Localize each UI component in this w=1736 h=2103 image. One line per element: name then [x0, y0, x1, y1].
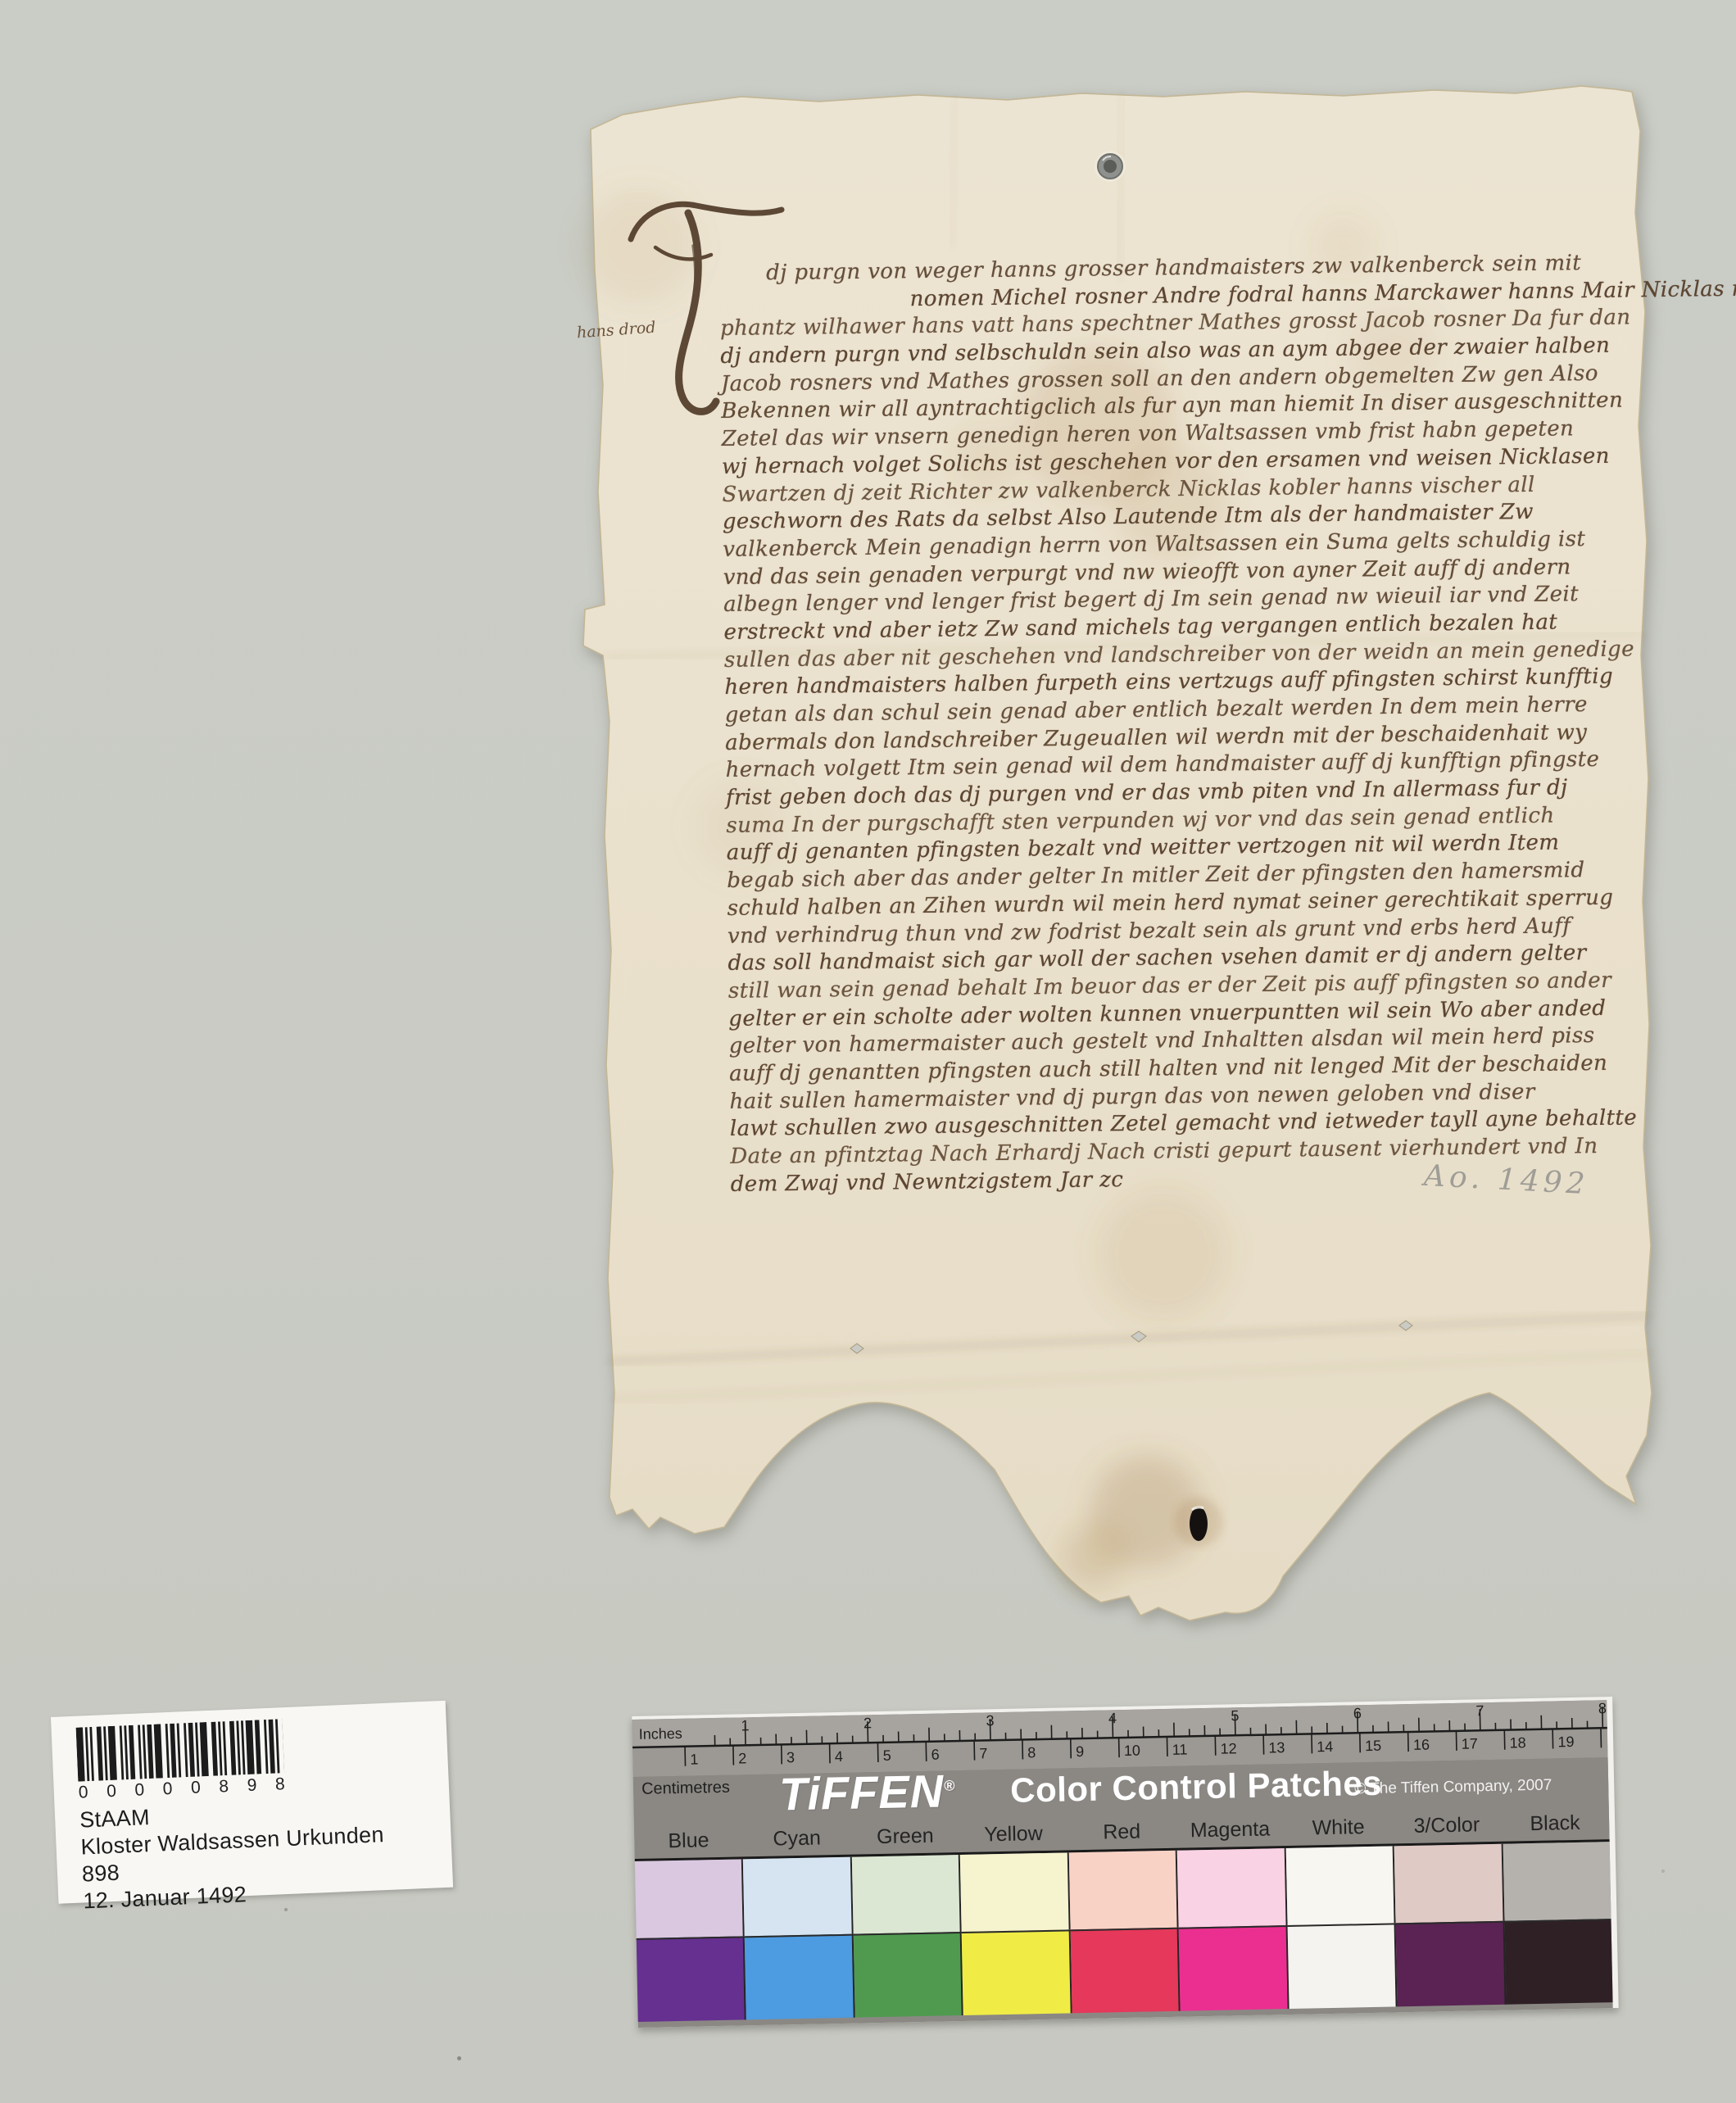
- svg-text:14: 14: [1317, 1738, 1333, 1755]
- barcode-digit: 0: [134, 1780, 145, 1800]
- patch-column-label: Yellow: [959, 1820, 1068, 1852]
- svg-text:4: 4: [835, 1748, 843, 1765]
- patch-column-label: Magenta: [1176, 1816, 1285, 1848]
- patch-column-label: Red: [1067, 1819, 1176, 1851]
- pastel-patch-white: [1285, 1846, 1395, 1925]
- centimetres-label: Centimetres: [641, 1779, 730, 1799]
- tiffen-logo: TiFFEN®: [779, 1764, 956, 1820]
- patch-column-label: Blue: [634, 1827, 743, 1859]
- label-line-archive: StAAM: [79, 1805, 151, 1833]
- solid-patch-magenta: [1179, 1925, 1289, 2011]
- svg-text:Inches: Inches: [639, 1725, 682, 1743]
- chart-body: Inches1234567812345678910111213141516171…: [632, 1700, 1612, 2028]
- pastel-patch-yellow: [960, 1852, 1070, 1932]
- svg-text:2: 2: [738, 1750, 746, 1766]
- registered-mark-icon: ®: [944, 1777, 956, 1793]
- barcode-digit: 0: [162, 1779, 173, 1799]
- barcode-digit: 8: [219, 1777, 229, 1797]
- solid-patch-yellow: [962, 1929, 1072, 2015]
- svg-text:15: 15: [1365, 1738, 1381, 1754]
- pastel-patch-3-color: [1394, 1844, 1504, 1924]
- svg-text:11: 11: [1172, 1741, 1188, 1757]
- solid-patch-red: [1070, 1928, 1180, 2014]
- barcode-digit: 8: [274, 1774, 285, 1794]
- svg-text:3: 3: [986, 1712, 994, 1729]
- svg-text:16: 16: [1413, 1737, 1430, 1753]
- svg-text:13: 13: [1268, 1739, 1285, 1756]
- patch-column-label: Cyan: [742, 1825, 851, 1857]
- svg-text:5: 5: [1231, 1707, 1239, 1724]
- patch-column-label: White: [1284, 1814, 1393, 1846]
- patch-column-label: Black: [1501, 1810, 1610, 1842]
- solid-patch-black: [1504, 1919, 1612, 2005]
- svg-text:8: 8: [1027, 1744, 1036, 1761]
- barcode-digit: 0: [107, 1782, 117, 1802]
- manuscript-text-block: dj purgn von weger hanns grosser handmai…: [719, 250, 1625, 1199]
- svg-text:1: 1: [690, 1751, 698, 1767]
- punch-hole-icon: [1174, 1498, 1223, 1547]
- barcode: [76, 1719, 285, 1781]
- svg-text:6: 6: [1353, 1705, 1362, 1721]
- svg-text:10: 10: [1124, 1743, 1140, 1759]
- archive-label: 00000898 StAAM Kloster Waldsassen Urkund…: [51, 1701, 453, 1904]
- svg-text:8: 8: [1598, 1700, 1607, 1716]
- pastel-patch-magenta: [1177, 1848, 1287, 1928]
- solid-patch-green: [854, 1932, 963, 2018]
- svg-text:7: 7: [979, 1745, 987, 1761]
- svg-text:19: 19: [1557, 1734, 1574, 1750]
- solid-patch-cyan: [745, 1934, 854, 2020]
- color-control-chart: Inches1234567812345678910111213141516171…: [632, 1697, 1618, 2028]
- pastel-patch-red: [1069, 1851, 1179, 1930]
- pastel-patch-green: [852, 1855, 962, 1934]
- patch-column-label: 3/Color: [1392, 1812, 1501, 1844]
- svg-text:4: 4: [1108, 1710, 1117, 1726]
- metal-eyelet-icon: [1095, 151, 1126, 182]
- svg-text:12: 12: [1220, 1740, 1236, 1756]
- svg-text:9: 9: [1076, 1743, 1084, 1760]
- svg-text:5: 5: [883, 1747, 891, 1764]
- label-line-number: 898: [81, 1861, 120, 1888]
- pastel-patch-cyan: [743, 1857, 853, 1937]
- svg-text:18: 18: [1509, 1734, 1525, 1751]
- svg-text:2: 2: [863, 1715, 872, 1731]
- pastel-patch-blue: [635, 1859, 745, 1938]
- barcode-digit: 0: [191, 1778, 202, 1797]
- barcode-digit: 9: [247, 1776, 257, 1796]
- solid-patch-3-color: [1396, 1921, 1506, 2007]
- svg-text:3: 3: [786, 1749, 795, 1765]
- chart-title: Color Control Patches: [1010, 1764, 1383, 1811]
- chart-copyright: © The Tiffen Company, 2007: [1354, 1777, 1552, 1799]
- solid-patch-white: [1287, 1923, 1397, 2009]
- svg-text:17: 17: [1462, 1735, 1478, 1752]
- svg-text:7: 7: [1475, 1702, 1484, 1719]
- solid-patch-blue: [637, 1936, 746, 2022]
- patch-column-label: Green: [850, 1823, 959, 1855]
- patch-rows: [635, 1839, 1613, 2022]
- svg-text:1: 1: [741, 1717, 749, 1734]
- svg-text:6: 6: [931, 1747, 939, 1763]
- barcode-digit: 0: [78, 1783, 88, 1802]
- pastel-patch-black: [1503, 1842, 1611, 1921]
